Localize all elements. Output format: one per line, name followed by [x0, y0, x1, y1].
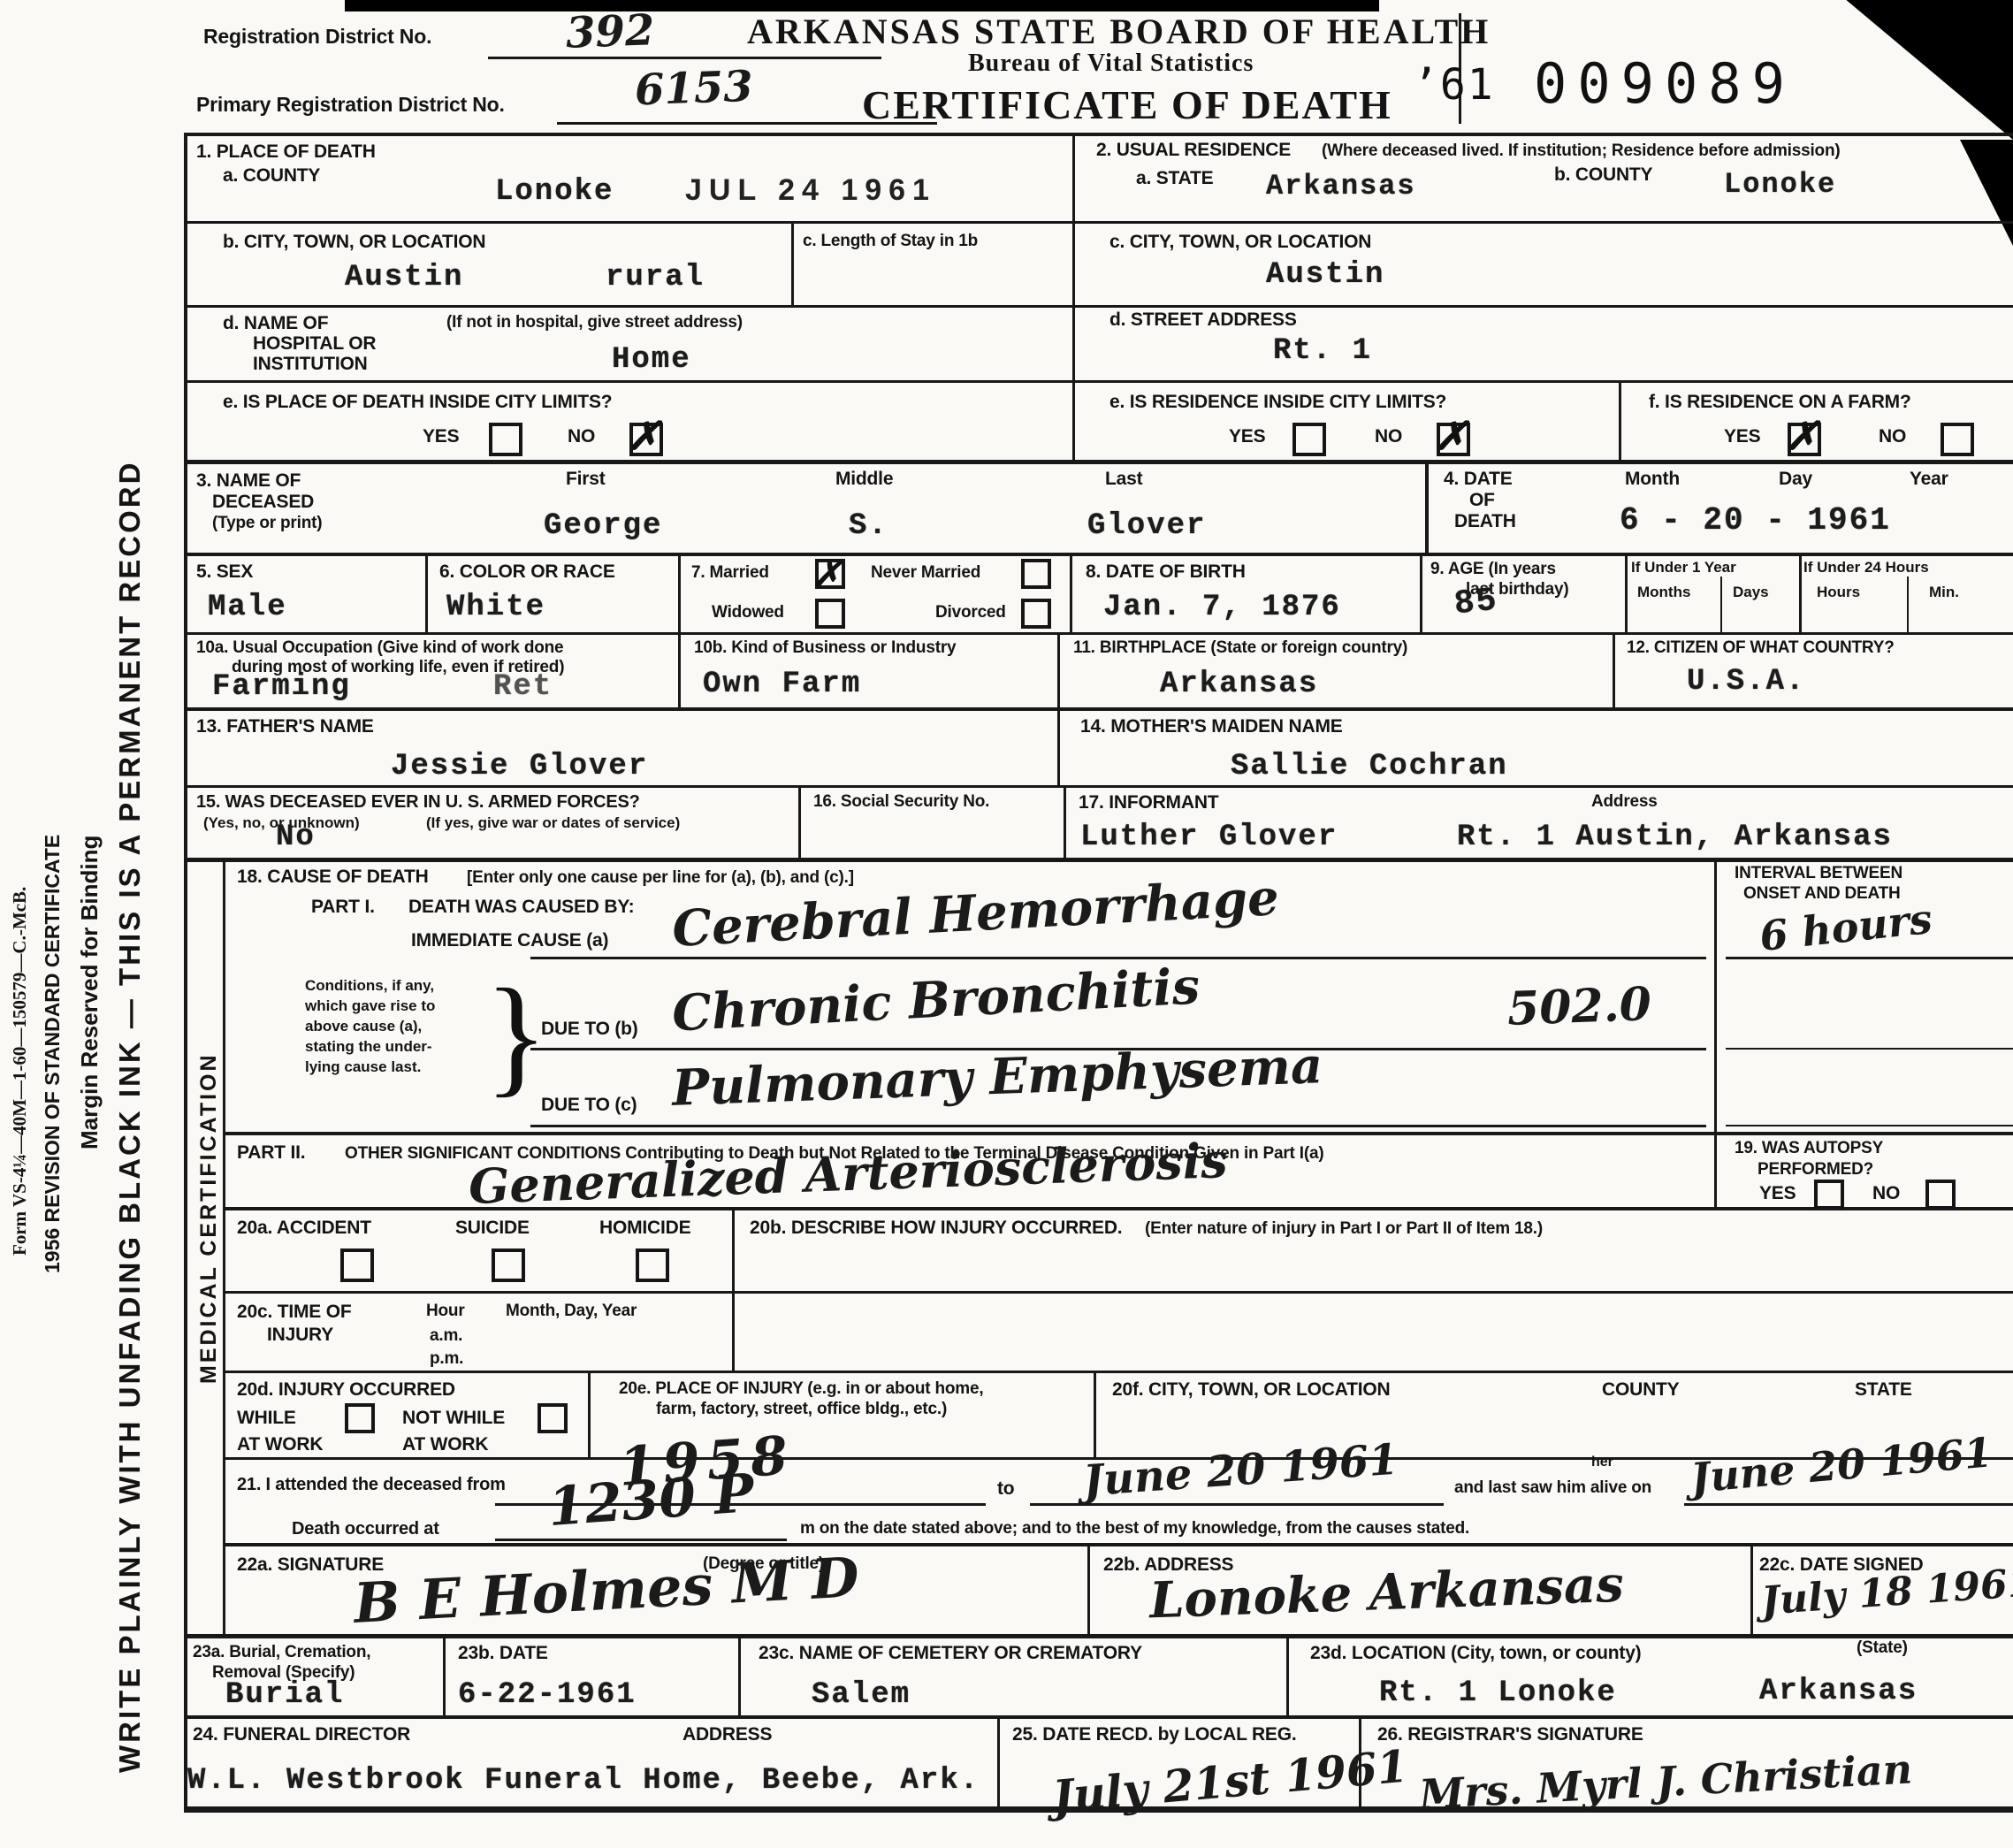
street-address-value: Rt. 1 [1273, 334, 1372, 368]
attended-to-value: June 20 1961 [1081, 1435, 1399, 1507]
conditions-line-5: lying cause last. [305, 1058, 421, 1076]
death-occurred-label-2: m on the date stated above; and to the b… [800, 1519, 1469, 1539]
divorced-label: Divorced [935, 603, 1006, 622]
conditions-line-1: Conditions, if any, [305, 977, 434, 995]
age-label-1: 9. AGE (In years [1430, 560, 1556, 579]
informant-address-label: Address [1591, 792, 1658, 812]
dod-label-1: 4. DATE [1444, 469, 1513, 490]
time-of-injury-label-2: INJURY [267, 1325, 333, 1346]
hour-label: Hour [426, 1302, 465, 1321]
residence-city-value: Austin [1266, 258, 1384, 292]
divider [1907, 577, 1909, 632]
checkbox-mark: ✗ [1786, 414, 1819, 459]
widowed-label: Widowed [712, 603, 784, 622]
rule [184, 707, 2013, 711]
divider [1072, 133, 1075, 460]
father-name-value: Jessie Glover [391, 750, 648, 783]
cause-title-hint: [Enter only one cause per line for (a), … [467, 868, 854, 888]
sex-label: 5. SEX [196, 561, 253, 583]
farm-label: f. IS RESIDENCE ON A FARM? [1649, 392, 1911, 413]
homicide-checkbox [636, 1249, 669, 1282]
divider [1087, 1543, 1090, 1634]
day-label: Day [1779, 469, 1812, 490]
injury-city-label: 20f. CITY, TOWN, OR LOCATION [1112, 1379, 1390, 1401]
writing-rule [530, 1125, 1706, 1127]
middle-name-value: S. [849, 509, 888, 543]
writing-rule [1684, 1503, 2013, 1506]
residence-county-label: b. COUNTY [1554, 164, 1652, 186]
accident-label: 20a. ACCIDENT [237, 1218, 371, 1239]
race-label: 6. COLOR OR RACE [439, 561, 615, 583]
suicide-checkbox [492, 1249, 525, 1282]
place-city-note: rural [606, 261, 705, 294]
burial-date-value: 6-22-1961 [458, 1678, 637, 1712]
divider [1714, 858, 1717, 1207]
pm-label: p.m. [430, 1349, 463, 1369]
autopsy-yes-label: YES [1759, 1183, 1796, 1204]
hours-label: Hours [1817, 584, 1860, 601]
dob-value: Jan. 7, 1876 [1103, 591, 1341, 624]
divider [1619, 380, 1621, 460]
date-of-death-value: 6 - 20 - 1961 [1620, 502, 1891, 538]
place-city-value: Austin [345, 261, 463, 294]
residence-county-value: Lonoke [1724, 168, 1836, 201]
occupation-value-2: Ret [493, 670, 553, 704]
informant-label: 17. INFORMANT [1079, 792, 1218, 813]
autopsy-yes-checkbox [1814, 1180, 1844, 1210]
time-of-injury-label-1: 20c. TIME OF [237, 1302, 351, 1323]
last-saw-value: June 20 1961 [1689, 1428, 1994, 1502]
burial-state-value: Arkansas [1759, 1675, 1918, 1708]
residence-state-value: Arkansas [1266, 170, 1416, 202]
under-24-hours-label: If Under 24 Hours [1803, 559, 1929, 577]
rule [223, 1291, 2013, 1294]
binding-note: Margin Reserved for Binding [76, 836, 103, 1149]
farm-yes-checkbox: ✗ [1788, 423, 1821, 456]
date-received-stamp: JUL 24 1961 [685, 173, 936, 208]
rule [184, 133, 2013, 136]
divider [791, 221, 794, 305]
checkbox-mark: ✗ [1435, 414, 1468, 459]
name-label-2: DECEASED [212, 492, 314, 513]
scan-edge-wedge [1960, 140, 2013, 246]
min-label: Min. [1929, 584, 1959, 601]
divider [443, 1634, 446, 1715]
burial-type-value: Burial [225, 1678, 344, 1712]
frame-left [184, 133, 187, 1813]
last-saw-label: and last saw him alive on [1454, 1478, 1651, 1498]
usual-residence-title: 2. USUAL RESIDENCE [1096, 140, 1291, 161]
conditions-line-2: which gave rise to [305, 997, 435, 1015]
place-city-label: b. CITY, TOWN, OR LOCATION [223, 232, 485, 253]
rule [184, 858, 2013, 862]
cemetery-value: Salem [812, 1678, 911, 1712]
conditions-brace: } [484, 959, 548, 1111]
conditions-line-4: stating the under- [305, 1038, 432, 1056]
death-occurred-label: Death occurred at [292, 1519, 439, 1539]
middle-name-label: Middle [835, 469, 893, 490]
while-label: WHILE [237, 1408, 296, 1429]
divider [1425, 460, 1429, 553]
divider [1064, 785, 1066, 858]
funeral-director-value: W.L. Westbrook Funeral Home, Beebe, Ark. [187, 1764, 980, 1798]
at-work-label-2: AT WORK [402, 1434, 488, 1455]
form-number-note: Form VS-4¼—40M—1-60—150579—C.-McB. [9, 887, 31, 1256]
am-label: a.m. [430, 1326, 462, 1346]
physician-signature: B E Holmes M D [352, 1545, 860, 1636]
farm-yes-label: YES [1724, 426, 1760, 447]
hospital-label-2: HOSPITAL OR [253, 333, 376, 355]
rule [223, 1371, 2013, 1373]
funeral-director-label: 24. FUNERAL DIRECTOR [193, 1724, 410, 1745]
suicide-label: SUICIDE [455, 1218, 530, 1239]
street-address-label: d. STREET ADDRESS [1109, 309, 1297, 331]
birthplace-value: Arkansas [1160, 668, 1318, 701]
writing-rule [530, 957, 1706, 959]
first-name-value: George [544, 509, 662, 543]
hospital-value: Home [612, 343, 691, 377]
occupation-value: Farming [212, 670, 351, 704]
divider [1057, 707, 1060, 785]
autopsy-label-2: PERFORMED? [1758, 1160, 1873, 1180]
describe-injury-hint: (Enter nature of injury in Part I or Par… [1145, 1219, 1543, 1239]
divider [732, 1291, 735, 1371]
burial-location-value: Rt. 1 Lonoke [1379, 1676, 1617, 1710]
last-name-label: Last [1105, 469, 1142, 490]
days-label: Days [1733, 584, 1769, 601]
rule [184, 380, 2013, 383]
residence-limits-yes-checkbox [1292, 423, 1326, 456]
writing-rule [1030, 1503, 1444, 1506]
writing-rule [1726, 1125, 2013, 1126]
divider [1420, 553, 1422, 632]
part1-text: DEATH WAS CAUSED BY: [408, 897, 634, 918]
hospital-hint: (If not in hospital, give street address… [446, 313, 743, 332]
divider [1625, 553, 1628, 632]
injury-county-label: COUNTY [1602, 1379, 1679, 1401]
divider [798, 785, 801, 858]
residence-limits-no-label: NO [1375, 426, 1402, 447]
autopsy-no-label: NO [1872, 1183, 1900, 1204]
injury-occurred-label: 20d. INJURY OCCURRED [237, 1379, 455, 1401]
citizen-value: U.S.A. [1687, 665, 1805, 699]
dob-label: 8. DATE OF BIRTH [1086, 561, 1246, 583]
interval-label-1: INTERVAL BETWEEN [1735, 864, 1902, 883]
place-of-death-title: 1. PLACE OF DEATH [196, 141, 376, 163]
rule [184, 553, 2013, 556]
certificate-year-stamp: ’61 [1413, 60, 1495, 110]
sex-value: Male [208, 591, 287, 624]
county-label: a. COUNTY [223, 165, 320, 187]
injury-state-label: STATE [1855, 1379, 1912, 1401]
ssn-label: 16. Social Security No. [813, 792, 989, 812]
year-label: Year [1910, 469, 1948, 490]
widowed-checkbox [815, 599, 845, 629]
not-while-label: NOT WHILE [402, 1408, 505, 1429]
registration-district-line [488, 57, 881, 59]
place-limits-label: e. IS PLACE OF DEATH INSIDE CITY LIMITS? [223, 392, 612, 413]
rule [184, 1634, 2013, 1638]
burial-location-label: 23d. LOCATION (City, town, or county) [1310, 1643, 1641, 1664]
residence-limits-yes-label: YES [1229, 426, 1265, 447]
months-label: Months [1637, 584, 1690, 601]
never-married-checkbox [1021, 559, 1051, 589]
informant-address-value: Rt. 1 Austin, Arkansas [1457, 821, 1893, 854]
burial-date-label: 23b. DATE [458, 1643, 548, 1664]
divider [997, 1715, 1000, 1806]
residence-city-label: c. CITY, TOWN, OR LOCATION [1109, 232, 1371, 253]
revision-note: 1956 REVISION OF STANDARD CERTIFICATE [41, 835, 65, 1273]
place-limits-yes-checkbox [489, 423, 522, 456]
divorced-checkbox [1021, 599, 1051, 629]
hospital-label-3: INSTITUTION [253, 354, 368, 375]
married-label: 7. Married [691, 563, 769, 583]
residence-state-label: a. STATE [1136, 168, 1213, 189]
checkbox-mark: ✗ [628, 414, 660, 459]
farm-no-checkbox [1941, 423, 1974, 456]
writing-rule [1726, 957, 2013, 959]
dod-label-3: DEATH [1454, 511, 1516, 532]
rule [184, 785, 2013, 788]
divider [678, 553, 681, 632]
homicide-label: HOMICIDE [599, 1218, 690, 1239]
divider [1070, 553, 1072, 632]
rule [184, 460, 2013, 464]
attended-label: 21. I attended the deceased from [237, 1475, 506, 1495]
certificate-number: 009089 [1534, 51, 1796, 116]
death-time-value: 1230 P [546, 1462, 756, 1539]
industry-label: 10b. Kind of Business or Industry [694, 638, 956, 658]
part1-label: PART I. [311, 897, 375, 918]
writing-rule [495, 1539, 787, 1541]
divider [738, 1634, 741, 1715]
place-of-injury-label-2: farm, factory, street, office bldg., etc… [656, 1400, 947, 1419]
part2-label: PART II. [237, 1142, 305, 1164]
while-checkbox [345, 1403, 375, 1433]
married-checkbox: ✗ [815, 559, 845, 589]
first-name-label: First [566, 469, 606, 490]
at-work-label-1: AT WORK [237, 1434, 323, 1455]
residence-limits-no-checkbox: ✗ [1437, 423, 1470, 456]
farm-no-label: NO [1879, 426, 1906, 447]
accident-checkbox [340, 1249, 374, 1282]
certificate-title: CERTIFICATE OF DEATH [862, 81, 1392, 128]
armed-forces-label: 15. WAS DECEASED EVER IN U. S. ARMED FOR… [196, 792, 640, 813]
rule [184, 305, 2013, 308]
conditions-line-3: above cause (a), [305, 1018, 422, 1035]
mother-name-label: 14. MOTHER'S MAIDEN NAME [1080, 716, 1343, 737]
cause-b-value: Chronic Bronchitis [671, 957, 1201, 1042]
residence-limits-label: e. IS RESIDENCE INSIDE CITY LIMITS? [1109, 392, 1446, 413]
county-value: Lonoke [495, 175, 614, 209]
divider [1286, 1634, 1289, 1715]
divider [678, 632, 681, 707]
due-to-b-label: DUE TO (b) [541, 1019, 638, 1040]
divider [1799, 553, 1802, 632]
divider [588, 1371, 591, 1457]
medical-band-line [223, 858, 225, 1634]
registrar-signature-label: 26. REGISTRAR'S SIGNATURE [1377, 1724, 1643, 1745]
never-married-label: Never Married [871, 563, 980, 583]
mother-name-value: Sallie Cochran [1231, 750, 1508, 783]
registration-district-value: 392 [565, 5, 655, 57]
race-value: White [446, 591, 545, 624]
burial-state-label: (State) [1857, 1638, 1908, 1658]
cemetery-label: 23c. NAME OF CEMETERY OR CREMATORY [759, 1643, 1142, 1664]
death-certificate-scan: Form VS-4¼—40M—1-60—150579—C.-McB. 1956 … [0, 0, 2013, 1848]
divider [1094, 1371, 1096, 1457]
length-of-stay-label: c. Length of Stay in 1b [803, 232, 978, 251]
usual-residence-hint: (Where deceased lived. If institution; R… [1322, 141, 1841, 161]
due-to-c-label: DUE TO (c) [541, 1095, 637, 1116]
citizen-label: 12. CITIZEN OF WHAT COUNTRY? [1627, 638, 1895, 658]
name-label-1: 3. NAME OF [196, 470, 301, 492]
describe-injury-label: 20b. DESCRIBE HOW INJURY OCCURRED. [750, 1218, 1122, 1239]
scan-corner-triangle [1810, 0, 2013, 140]
dod-label-2: OF [1469, 490, 1495, 511]
funeral-director-address-label: ADDRESS [682, 1724, 772, 1745]
her-note: her [1591, 1455, 1613, 1470]
birthplace-label: 11. BIRTHPLACE (State or foreign country… [1073, 638, 1407, 658]
name-hint: (Type or print) [212, 514, 322, 533]
divider [732, 1207, 735, 1291]
burial-type-label-1: 23a. Burial, Cremation, [193, 1643, 370, 1662]
industry-value: Own Farm [703, 668, 861, 701]
occupation-label-1: 10a. Usual Occupation (Give kind of work… [196, 638, 563, 658]
interval-value: 6 hours [1758, 895, 1934, 960]
place-limits-no-checkbox: ✗ [629, 423, 663, 456]
primary-registration-value: 6153 [634, 62, 753, 116]
not-while-checkbox [538, 1403, 568, 1433]
divider [1750, 1543, 1753, 1634]
cause-title: 18. CAUSE OF DEATH [237, 867, 429, 888]
armed-forces-value: No [276, 821, 316, 854]
divider [1613, 632, 1615, 707]
autopsy-no-checkbox [1925, 1180, 1956, 1210]
divider [1057, 632, 1060, 707]
autopsy-label-1: 19. WAS AUTOPSY [1735, 1139, 1883, 1158]
armed-forces-hint-2: (If yes, give war or dates of service) [426, 814, 680, 832]
last-name-value: Glover [1087, 509, 1206, 543]
date-received-label: 25. DATE RECD. by LOCAL REG. [1012, 1724, 1297, 1745]
board-title: ARKANSAS STATE BOARD OF HEALTH [747, 11, 1491, 52]
place-of-injury-label-1: 20e. PLACE OF INJURY (e.g. in or about h… [619, 1379, 983, 1399]
hospital-label-1: d. NAME OF [223, 313, 328, 334]
permanent-record-note: WRITE PLAINLY WITH UNFADING BLACK INK — … [113, 461, 147, 1773]
age-value: 85 [1453, 582, 1500, 624]
cause-b-code: 502.0 [1506, 977, 1652, 1036]
under-1-year-label: If Under 1 Year [1631, 559, 1736, 577]
writing-rule [1726, 1048, 2013, 1050]
rule [184, 1715, 2013, 1719]
month-label: Month [1625, 469, 1680, 490]
rule [223, 1543, 2013, 1546]
medical-certification-label: MEDICAL CERTIFICATION [196, 1052, 222, 1384]
primary-registration-label: Primary Registration District No. [196, 93, 505, 117]
checkbox-mark: ✗ [813, 554, 842, 593]
divider [425, 553, 428, 632]
father-name-label: 13. FATHER'S NAME [196, 716, 374, 737]
place-limits-yes-label: YES [423, 426, 459, 447]
rule [184, 632, 2013, 635]
divider [1720, 577, 1722, 632]
month-day-year-label: Month, Day, Year [506, 1302, 637, 1321]
informant-value: Luther Glover [1080, 821, 1338, 854]
immediate-cause-label: IMMEDIATE CAUSE (a) [411, 930, 608, 951]
attended-to-label: to [997, 1478, 1014, 1500]
rule [184, 221, 2013, 224]
registration-district-label: Registration District No. [203, 25, 431, 49]
place-limits-no-label: NO [568, 426, 595, 447]
bureau-subtitle: Bureau of Vital Statistics [968, 50, 1254, 78]
